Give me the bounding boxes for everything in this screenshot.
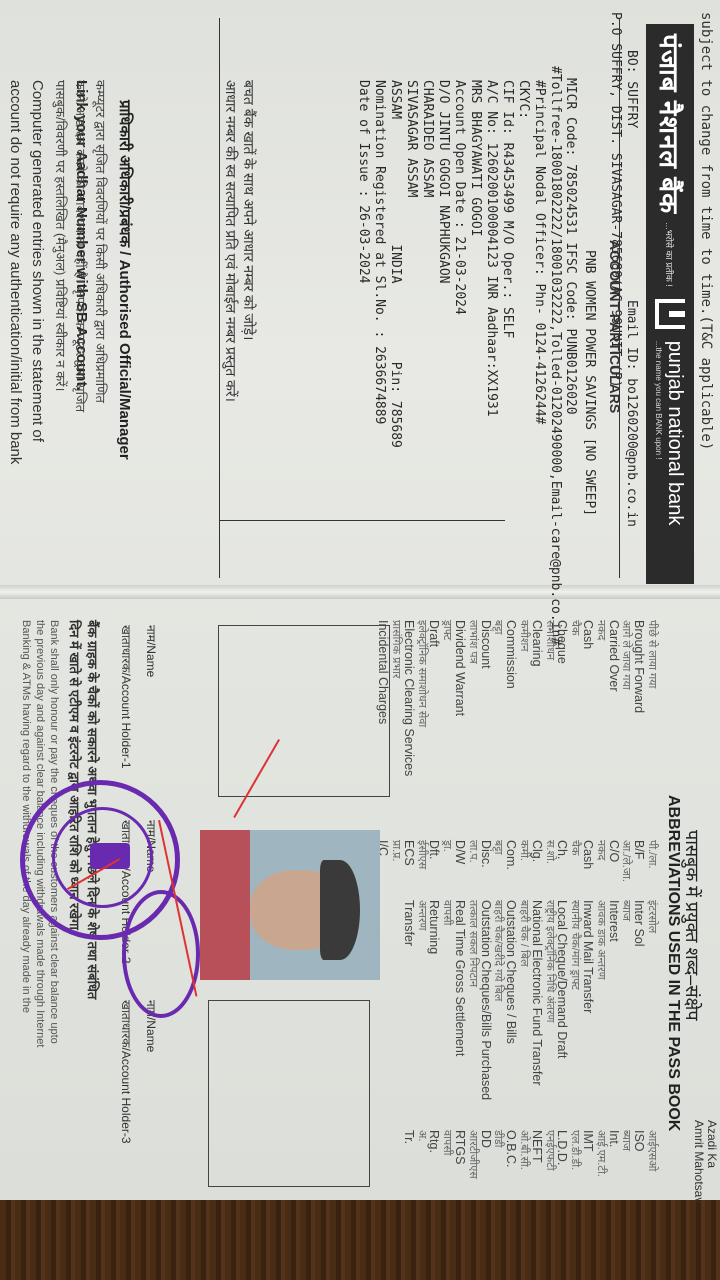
abbreviation-code-hindi: चैक	[568, 840, 581, 900]
abbreviation-code: IMT	[581, 1130, 594, 1190]
abbreviation-row: कमीशनकमी.CommissionCom.	[504, 620, 530, 900]
nomination: Nomination Registered at Sl.No. : 263667…	[371, 80, 388, 424]
abbreviation-term: Interest	[607, 900, 620, 1130]
abbreviations-column-2: इंटरसोलआईएसओInter SolISOब्याजब्याजIntere…	[402, 900, 658, 1190]
abbreviation-code-hindi: ईसीएस	[415, 840, 428, 900]
abbreviation-term: Returning	[428, 900, 441, 1130]
abbreviation-term-hindi: बाहरी चैक / बिल	[517, 900, 530, 1130]
abbreviation-term: Real Time Gross Settlement	[453, 900, 466, 1130]
abbreviation-term-hindi: कमीशन	[517, 620, 530, 840]
abbreviation-term: Cash	[581, 620, 594, 840]
abbreviation-term-hindi: इंटरसोल	[645, 900, 658, 1130]
abbreviation-code-hindi: ओ.बी.सी.	[517, 1130, 530, 1190]
abbreviation-code: B/F	[632, 840, 645, 900]
account-holder-label-1: खाताधारक/Account Holder-1	[118, 625, 135, 769]
abbreviation-term-hindi: राष्ट्रीय इलेक्ट्रॉनिक निधि अंतरण	[543, 900, 556, 1130]
abbreviation-term-hindi: बट्टा	[492, 620, 505, 840]
computer-note-english-1: Computer generated entries shown in the …	[26, 80, 48, 442]
abbreviation-term: Brought Forward	[632, 620, 645, 840]
abbreviation-term-hindi: लाभांश पत्र	[466, 620, 479, 840]
abbreviation-code-hindi: ड्रा.	[440, 840, 453, 900]
account-number: A/C No: 1260200100004123 INR Aadhaar:XX1…	[483, 80, 500, 417]
abbreviation-code: Clg.	[530, 840, 543, 900]
address-line-3: SIVASAGAR ASSAM	[403, 80, 420, 197]
authorised-official: प्राधिकारी अधिकारी/प्रबंधक / Authorised …	[115, 100, 135, 460]
account-open-date: Account Open Date : 21-03-2024	[451, 80, 468, 315]
ckyc-label: CKYC:	[515, 80, 532, 119]
cif-id: CIF Id: R43453499 M/O Oper.: SELF	[499, 80, 516, 338]
abbreviation-code: DD	[479, 1130, 492, 1190]
abbreviation-code-hindi: आरटीजीएस	[466, 1130, 479, 1190]
abbreviation-term-hindi: प्रासंगिक प्रभार	[389, 620, 402, 840]
abbreviation-code: D/W	[453, 840, 466, 900]
abbreviation-row: नकदनकदCashCash	[581, 620, 607, 900]
nodal-officer: #Principal Nodal Officer: Phn- 0124-4126…	[531, 80, 548, 424]
abbreviation-term-hindi: बाहरी चैक/खरीदे गये बिल	[492, 900, 505, 1130]
aadhaar-divider	[219, 18, 220, 578]
abbreviation-term-hindi: पीछे से लाया गया	[645, 620, 658, 840]
bank-name-english: punjab national bank	[664, 341, 686, 526]
signature-box-3	[208, 1000, 370, 1187]
abbreviation-code: Tr.	[402, 1130, 415, 1190]
abbreviation-term-hindi: इलेक्ट्रॉनिक समाशोधन सेवा	[415, 620, 428, 840]
name-label-1: नाम/Name	[143, 625, 160, 677]
terms-note: subject to change from time to time.(T&C…	[698, 12, 714, 450]
abbreviation-term: Outstation Cheques / Bills	[504, 900, 517, 1130]
issue-date: Date of Issue : 26-03-2024	[355, 80, 372, 284]
abbreviation-code: L.D.D.	[556, 1130, 569, 1190]
abbreviation-row: बट्टाबट्टाDiscountDisc.	[479, 620, 505, 900]
aadhaar-hindi-2: आधार नम्बर की स्व सत्यापित प्रति एवं मोब…	[221, 80, 240, 402]
abbreviation-code-hindi: आ./ले.जा.	[620, 840, 633, 900]
abbreviation-row: इंटरसोलआईएसओInter SolISO	[632, 900, 658, 1190]
abbreviation-code-hindi: आई.एम.टी.	[594, 1130, 607, 1190]
abbreviation-code: Disc.	[479, 840, 492, 900]
abbreviations-title-english: ABBREVIATIONS USED IN THE PASS BOOK	[664, 795, 682, 1131]
abbreviation-term-hindi: चैक	[568, 620, 581, 840]
abbreviation-code-hindi: प्रा.प्र.	[389, 840, 402, 900]
abbreviations-column-1: पीछे से लाया गयापी./ला.Brought ForwardB/…	[376, 620, 658, 900]
abbreviation-row: स्थानीय चैक/मांग ड्राफ्टएल.डी.डी.Local C…	[556, 900, 582, 1190]
abbreviation-row: ड्राफ्टड्रा.DraftDft.	[428, 620, 454, 900]
abbreviation-code-hindi: पी./ला.	[645, 840, 658, 900]
abbreviation-code-hindi: एनईएफटी	[543, 1130, 556, 1190]
abbreviation-row: अन्तरणअ.TransferTr.	[402, 900, 428, 1190]
abbreviation-row: पीछे से लाया गयापी./ला.Brought ForwardB/…	[632, 620, 658, 900]
abbreviation-term-hindi: ब्याज	[620, 900, 633, 1130]
abbreviation-code: Com.	[504, 840, 517, 900]
abbreviation-code: Dft.	[428, 840, 441, 900]
abbreviation-term: Local Cheque/Demand Draft	[556, 900, 569, 1130]
abbreviation-code-hindi: एल.डी.डी.	[568, 1130, 581, 1190]
azadi-line-2: Amrit Mahotsav	[692, 1120, 705, 1203]
azadi-line-1: Azadi Ka	[705, 1120, 718, 1203]
abbreviation-term: Inward Mail Transfer	[581, 900, 594, 1130]
abbreviation-term: Discount	[479, 620, 492, 840]
abbreviation-row: आगे ले जाया गयाआ./ले.जा.Carried OverC/O	[607, 620, 633, 900]
abbreviation-term-hindi: आवक डाक अन्तरण	[594, 900, 607, 1130]
abbreviation-term: National Electronic Fund Transfer	[530, 900, 543, 1130]
abbreviation-code-hindi: नकद	[594, 840, 607, 900]
abbreviation-row: बाहरी चैक / बिलओ.बी.सी.Outstation Cheque…	[504, 900, 530, 1190]
abbreviation-row: ब्याजब्याजInterestInt.	[607, 900, 633, 1190]
abbreviation-row: वापसीवापसीReturningRtg.	[428, 900, 454, 1190]
abbreviation-code: RTGS	[453, 1130, 466, 1190]
abbreviation-code-hindi: डीडी	[492, 1130, 505, 1190]
abbreviation-term: Inter Sol	[632, 900, 645, 1130]
abbreviation-code: O.B.C.	[504, 1130, 517, 1190]
cheque-note-english-3: Banking & ATMs having regard to the with…	[20, 620, 32, 1013]
abbreviation-term: Draft	[428, 620, 441, 840]
abbreviation-row: आवक डाक अन्तरणआई.एम.टी.Inward Mail Trans…	[581, 900, 607, 1190]
abbreviation-code-hindi: वापसी	[440, 1130, 453, 1190]
abbreviation-term: Commission	[504, 620, 517, 840]
abbreviation-code-hindi: बट्टा	[492, 840, 505, 900]
computer-note-hindi-2: करने/आद्याक्षर करने की आवश्यकता नहीं है।…	[70, 80, 90, 412]
abbreviation-term-hindi: अन्तरण	[415, 900, 428, 1130]
abbreviation-term: Electronic Clearing Services	[402, 620, 415, 840]
abbreviation-row: समाशोधनस.शो.ClearingClg.	[530, 620, 556, 900]
tollfree-line: #Tollfree-18001802222/18001032222,Tolled…	[547, 66, 564, 645]
photo-hair	[320, 860, 360, 960]
abbreviation-row: राष्ट्रीय इलेक्ट्रॉनिक निधि अंतरणएनईएफटी…	[530, 900, 556, 1190]
abbreviation-code-hindi: ला.प.	[466, 840, 479, 900]
abbreviation-term-hindi: नकद	[594, 620, 607, 840]
abbreviation-term-hindi: समाशोधन	[543, 620, 556, 840]
abbreviation-term-hindi: स्थानीय चैक/मांग ड्राफ्ट	[568, 900, 581, 1130]
bank-name-hindi: पंजाब नैशनल बैंक	[652, 34, 688, 214]
account-holder-photo	[200, 830, 380, 980]
address-line-4: ASSAM INDIA Pin: 785689	[387, 80, 404, 448]
bank-tagline-hindi: ...भरोसे का प्रतीक !	[664, 222, 677, 287]
computer-note-english-2: account do not require any authenticatio…	[4, 80, 26, 464]
abbreviation-term-hindi: ड्राफ्ट	[440, 620, 453, 840]
abbreviation-code-hindi: अ.	[415, 1130, 428, 1190]
address-line-2: CHARAIDEO ASSAM	[419, 80, 436, 197]
signature-box-1	[218, 625, 390, 797]
abbreviation-term-hindi: वापसी	[440, 900, 453, 1130]
computer-note-hindi-3: पासबुक/विवरणी पर हस्तलिखित (मैनुअल) प्रव…	[50, 80, 70, 391]
abbreviations-title-hindi: पासबुक में प्रयुक्त शब्द–संक्षेप	[680, 830, 704, 1021]
account-product: PNB WOMEN POWER SAVINGS [NO SWEEP]	[581, 250, 598, 516]
abbreviation-code: ECS	[402, 840, 415, 900]
abbreviation-code: C/O	[607, 840, 620, 900]
bank-tagline-english: ...the name you can BANK upon !	[654, 341, 663, 526]
abbreviation-code-hindi: आईएसओ	[645, 1130, 658, 1190]
abbreviation-code-hindi: ब्याज	[620, 1130, 633, 1190]
abbreviation-code: Ch.	[556, 840, 569, 900]
micr-ifsc: MICR Code: 785024531 IFSC Code: PUNB0126…	[562, 78, 579, 415]
abbreviation-code: Int.	[607, 1130, 620, 1190]
abbreviation-term: Transfer	[402, 900, 415, 1130]
photo-clothing	[200, 830, 250, 980]
account-holder-name: MRS BHAGYAWATI GOGOI	[467, 80, 484, 237]
abbreviation-term: Cheque	[556, 620, 569, 840]
abbreviation-row: इलेक्ट्रॉनिक समाशोधन सेवाईसीएसElectronic…	[402, 620, 428, 900]
abbreviation-row: लाभांश पत्रला.प.Dividend WarrantD/W	[453, 620, 479, 900]
abbreviation-code: ISO	[632, 1130, 645, 1190]
abbreviation-term: Outstation Cheques/Bills Purchased	[479, 900, 492, 1130]
branch-email: Email ID: bo1260200@pnb.co.in	[623, 300, 640, 527]
abbreviation-row: बाहरी चैक/खरीदे गये बिलडीडीOutstation Ch…	[479, 900, 505, 1190]
passbook-page: subject to change from time to time.(T&C…	[0, 0, 720, 1280]
abbreviation-term: Dividend Warrant	[453, 620, 466, 840]
abbreviation-code: Rtg.	[428, 1130, 441, 1190]
pnb-logo-icon	[655, 299, 685, 329]
abbreviation-term: Carried Over	[607, 620, 620, 840]
abbreviation-code-hindi: स.शो.	[543, 840, 556, 900]
bank-logo-banner: पंजाब नैशनल बैंक ...भरोसे का प्रतीक ! pu…	[646, 24, 694, 584]
branch-office: BO: SUFFRY	[623, 50, 640, 128]
account-holder-label-3: खाताधारक/Account Holder-3	[118, 1000, 135, 1144]
aadhaar-hindi-1: बचत बैंक खातें के साथ अपने आधार नम्बर को…	[239, 80, 258, 340]
abbreviation-term: Clearing	[530, 620, 543, 840]
azadi-ka-amrit-mahotsav-logo: Azadi Ka Amrit Mahotsav	[692, 1120, 718, 1203]
abbreviation-term-hindi: तत्काल सकल निपटान	[466, 900, 479, 1130]
abbreviation-row: तत्काल सकल निपटानआरटीजीएसReal Time Gross…	[453, 900, 479, 1190]
particulars-right-rule	[220, 520, 505, 591]
abbreviation-code-hindi: कमी.	[517, 840, 530, 900]
computer-note-hindi-1: कम्प्यूटर द्वारा सृजित विवरणियों पर किसी…	[90, 80, 110, 403]
abbreviation-code: NEFT	[530, 1130, 543, 1190]
address-line-1: D/O JINTU GOGOI NAPHUKGAON	[435, 80, 452, 284]
abbreviation-term-hindi: आगे ले जाया गया	[620, 620, 633, 840]
abbreviation-code: Cash	[581, 840, 594, 900]
abbreviation-row: चैकचैकChequeCh.	[556, 620, 582, 900]
